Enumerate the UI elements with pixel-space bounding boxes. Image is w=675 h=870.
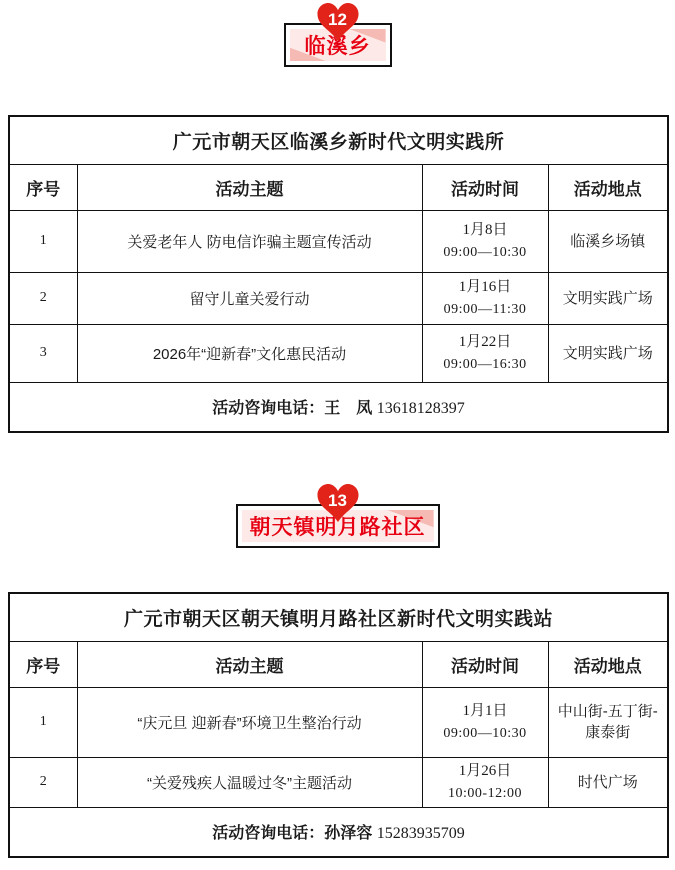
row-time: 1月16日 09:00—11:30 — [422, 272, 548, 324]
row-location: 文明实践广场 — [548, 272, 668, 324]
contact-phone: 13618128397 — [377, 400, 465, 417]
table-title-row: 广元市朝天区朝天镇明月路社区新时代文明实践站 — [9, 593, 668, 641]
table-row: 1 “庆元旦 迎新春”环境卫生整治行动 1月1日 09:00—10:30 中山街… — [9, 687, 668, 757]
row-no: 1 — [9, 687, 77, 757]
row-date: 1月16日 — [427, 276, 544, 299]
row-time-range: 09:00—16:30 — [427, 354, 544, 375]
row-date: 1月22日 — [427, 331, 544, 354]
table-row: 2 “关爱残疾人温暖过冬”主题活动 1月26日 10:00-12:00 时代广场 — [9, 757, 668, 807]
contact-label: 活动咨询电话：王 凤 — [212, 400, 372, 417]
badge-number: 13 — [317, 491, 359, 511]
row-location: 中山街-五丁街-康泰街 — [548, 687, 668, 757]
row-time-range: 10:00-12:00 — [427, 783, 544, 804]
contact-phone: 15283935709 — [377, 825, 465, 842]
col-header-no: 序号 — [9, 164, 77, 210]
table-title: 广元市朝天区临溪乡新时代文明实践所 — [9, 116, 668, 164]
table-row: 2 留守儿童关爱行动 1月16日 09:00—11:30 文明实践广场 — [9, 272, 668, 324]
table-title-row: 广元市朝天区临溪乡新时代文明实践所 — [9, 116, 668, 164]
row-time: 1月26日 10:00-12:00 — [422, 757, 548, 807]
col-header-location: 活动地点 — [548, 641, 668, 687]
heart-badge-icon: 13 — [317, 484, 359, 522]
activity-table-mingyuelu: 广元市朝天区朝天镇明月路社区新时代文明实践站 序号 活动主题 活动时间 活动地点… — [8, 592, 669, 858]
row-time-range: 09:00—11:30 — [427, 299, 544, 320]
col-header-no: 序号 — [9, 641, 77, 687]
table-footer-row: 活动咨询电话：孙泽容 15283935709 — [9, 807, 668, 857]
badge-number: 12 — [317, 10, 359, 30]
contact-label: 活动咨询电话：孙泽容 — [212, 825, 372, 842]
row-theme: 关爱老年人 防电信诈骗主题宣传活动 — [77, 210, 422, 272]
section-linxixiang: 12 临溪乡 广元市朝天区临溪乡新时代文明实践所 序号 活动主题 活动时间 活动… — [0, 23, 675, 433]
col-header-theme: 活动主题 — [77, 164, 422, 210]
table-row: 3 2026年“迎新春”文化惠民活动 1月22日 09:00—16:30 文明实… — [9, 324, 668, 382]
section-mingyuelu: 13 朝天镇明月路社区 广元市朝天区朝天镇明月路社区新时代文明实践站 序号 活动… — [0, 504, 675, 858]
row-date: 1月1日 — [427, 700, 544, 723]
row-no: 1 — [9, 210, 77, 272]
row-location: 临溪乡场镇 — [548, 210, 668, 272]
row-theme: 留守儿童关爱行动 — [77, 272, 422, 324]
row-time: 1月22日 09:00—16:30 — [422, 324, 548, 382]
table-header-row: 序号 活动主题 活动时间 活动地点 — [9, 164, 668, 210]
row-time: 1月1日 09:00—10:30 — [422, 687, 548, 757]
row-no: 2 — [9, 272, 77, 324]
row-location: 文明实践广场 — [548, 324, 668, 382]
row-time-range: 09:00—10:30 — [427, 242, 544, 263]
row-theme: 2026年“迎新春”文化惠民活动 — [77, 324, 422, 382]
row-time-range: 09:00—10:30 — [427, 723, 544, 744]
contact-info: 活动咨询电话：孙泽容 15283935709 — [9, 807, 668, 857]
row-date: 1月26日 — [427, 760, 544, 783]
table-title: 广元市朝天区朝天镇明月路社区新时代文明实践站 — [9, 593, 668, 641]
activity-table-linxixiang: 广元市朝天区临溪乡新时代文明实践所 序号 活动主题 活动时间 活动地点 1 关爱… — [8, 115, 669, 433]
contact-info: 活动咨询电话：王 凤 13618128397 — [9, 382, 668, 432]
table-header-row: 序号 活动主题 活动时间 活动地点 — [9, 641, 668, 687]
row-time: 1月8日 09:00—10:30 — [422, 210, 548, 272]
col-header-time: 活动时间 — [422, 164, 548, 210]
col-header-time: 活动时间 — [422, 641, 548, 687]
row-no: 3 — [9, 324, 77, 382]
section-banner: 13 朝天镇明月路社区 — [236, 504, 440, 548]
section-banner: 12 临溪乡 — [284, 23, 392, 67]
col-header-theme: 活动主题 — [77, 641, 422, 687]
row-date: 1月8日 — [427, 219, 544, 242]
row-theme: “庆元旦 迎新春”环境卫生整治行动 — [77, 687, 422, 757]
table-footer-row: 活动咨询电话：王 凤 13618128397 — [9, 382, 668, 432]
col-header-location: 活动地点 — [548, 164, 668, 210]
row-no: 2 — [9, 757, 77, 807]
row-location: 时代广场 — [548, 757, 668, 807]
row-theme: “关爱残疾人温暖过冬”主题活动 — [77, 757, 422, 807]
table-row: 1 关爱老年人 防电信诈骗主题宣传活动 1月8日 09:00—10:30 临溪乡… — [9, 210, 668, 272]
heart-badge-icon: 12 — [317, 3, 359, 41]
